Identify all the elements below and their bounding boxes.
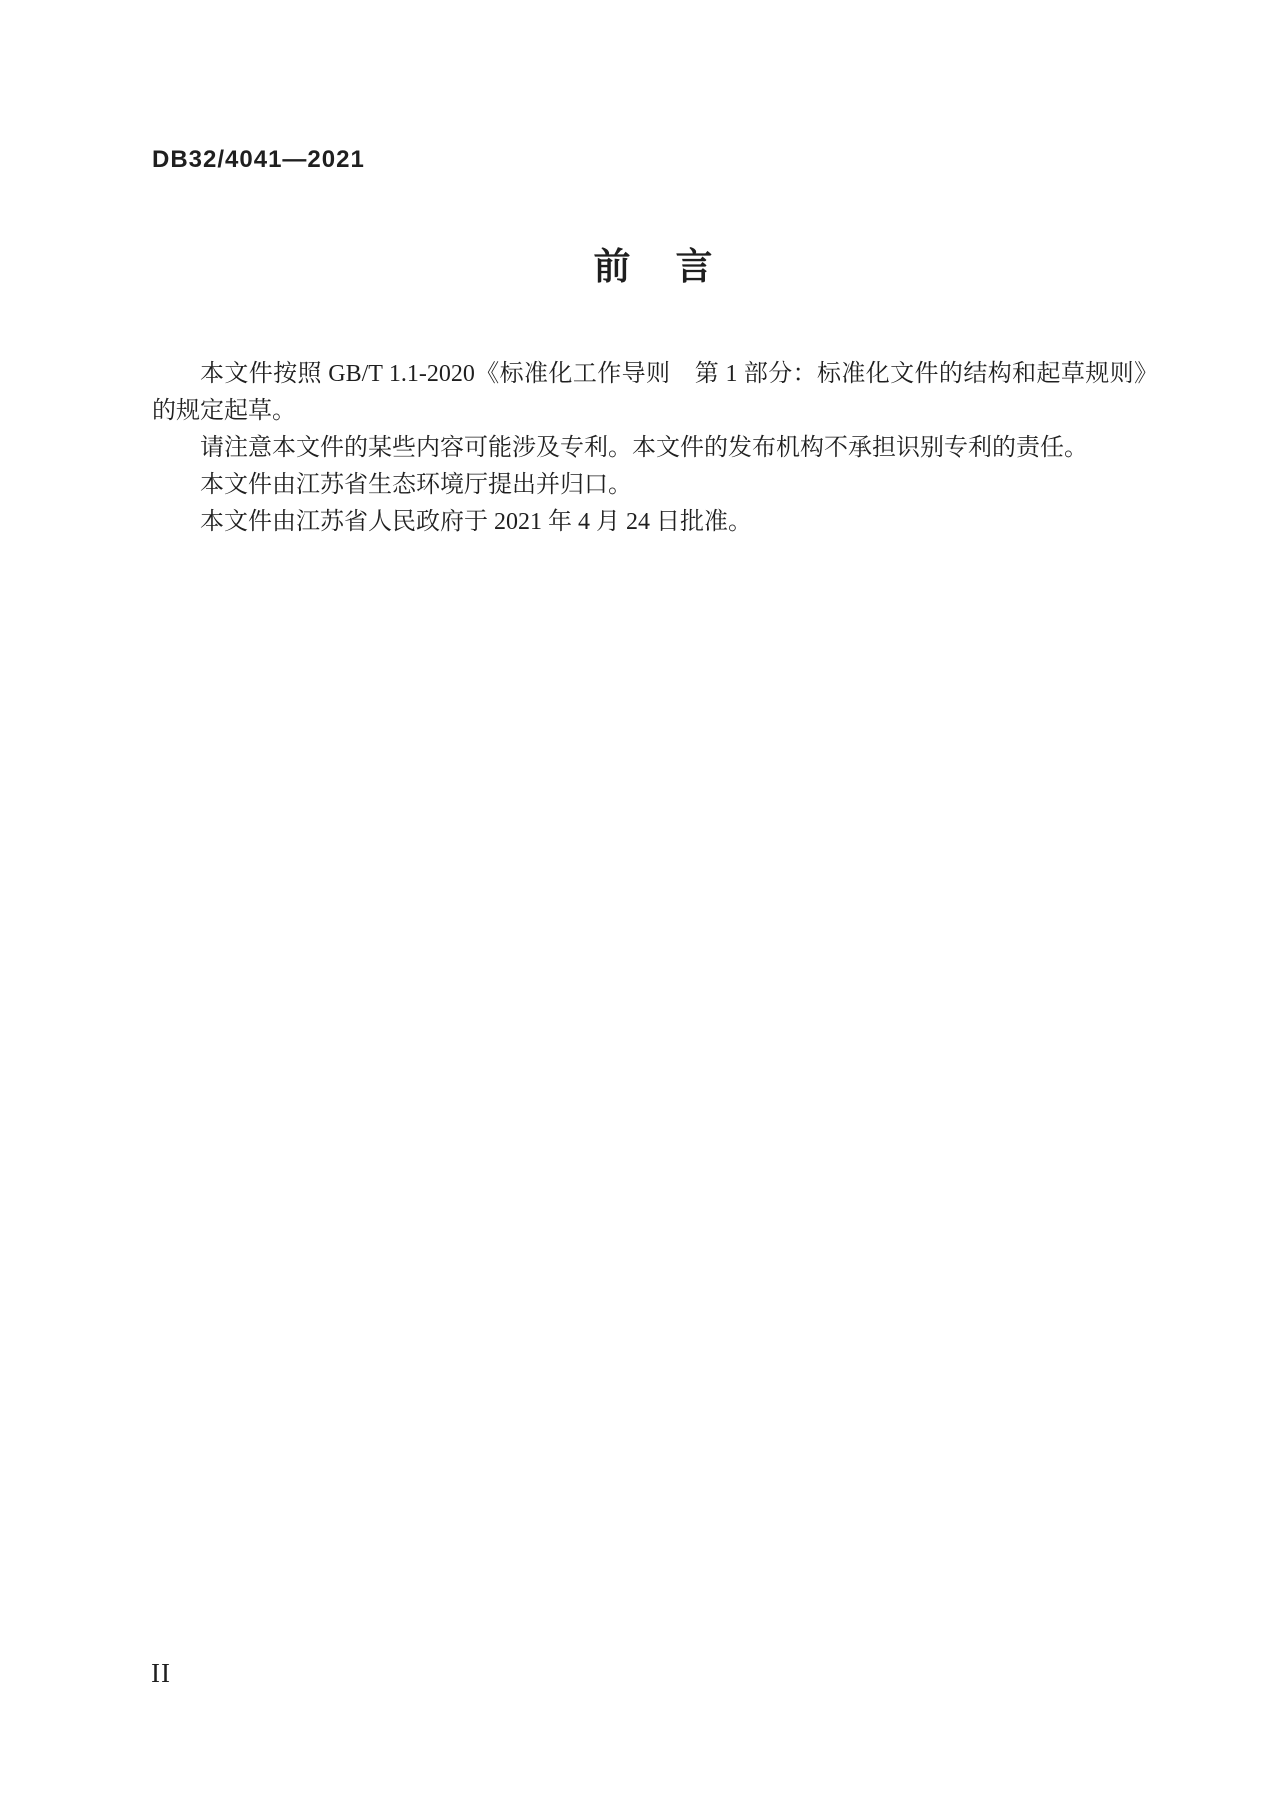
- page-title: 前 言: [152, 236, 1158, 290]
- standard-number: DB32/4041—2021: [152, 146, 365, 174]
- paragraph-drafting-rules: 本文件按照 GB/T 1.1-2020《标准化工作导则 第 1 部分：标准化文件…: [152, 356, 1158, 430]
- paragraph-approved-by: 本文件由江苏省人民政府于 2021 年 4 月 24 日批准。: [152, 504, 1158, 541]
- paragraph-proposed-by: 本文件由江苏省生态环境厅提出并归口。: [152, 467, 1158, 504]
- paragraph-patent-notice: 请注意本文件的某些内容可能涉及专利。本文件的发布机构不承担识别专利的责任。: [152, 430, 1158, 467]
- page-number: II: [151, 1658, 171, 1689]
- document-page: DB32/4041—2021 前 言 本文件按照 GB/T 1.1-2020《标…: [0, 0, 1280, 1810]
- body-text: 本文件按照 GB/T 1.1-2020《标准化工作导则 第 1 部分：标准化文件…: [152, 356, 1158, 541]
